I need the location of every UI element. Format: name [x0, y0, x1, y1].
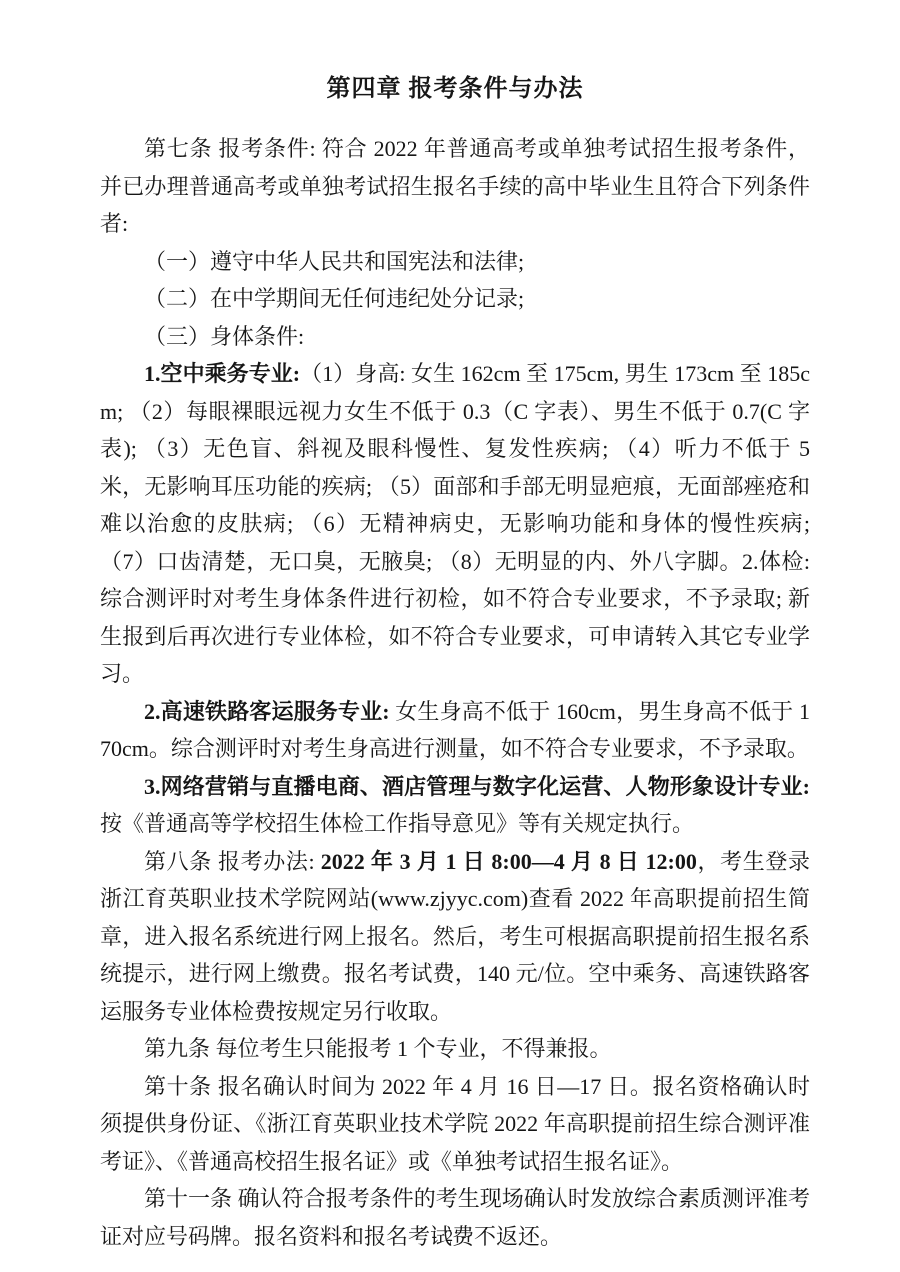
paragraph-article-9: 第九条 每位考生只能报考 1 个专业，不得兼报。	[100, 1030, 810, 1068]
paragraph-major-other: 3.网络营销与直播电商、酒店管理与数字化运营、人物形象设计专业:按《普通高等学校…	[100, 768, 810, 843]
paragraph-clause-3: （三）身体条件:	[100, 318, 810, 356]
paragraph-clause-1: （一）遵守中华人民共和国宪法和法律;	[100, 243, 810, 281]
text-run: 第八条 报考办法:	[144, 849, 321, 874]
bold-text-run: 1.空中乘务专业:	[144, 361, 300, 386]
paragraph-major-high-speed-rail: 2.高速铁路客运服务专业: 女生身高不低于 160cm，男生身高不低于 170c…	[100, 693, 810, 768]
text-run: 第七条 报考条件: 符合 2022 年普通高考或单独考试招生报考条件，并已办理普…	[100, 136, 810, 236]
text-run: 第九条 每位考生只能报考 1 个专业，不得兼报。	[144, 1036, 612, 1061]
text-run: （一）遵守中华人民共和国宪法和法律;	[144, 249, 524, 274]
bold-text-run: 2022 年 3 月 1 日 8:00—4 月 8 日 12:00	[321, 849, 697, 874]
text-run: （三）身体条件:	[144, 324, 304, 349]
paragraph-article-10: 第十条 报名确认时间为 2022 年 4 月 16 日—17 日。报名资格确认时…	[100, 1068, 810, 1181]
page-content: 第四章 报考条件与办法 第七条 报考条件: 符合 2022 年普通高考或单独考试…	[100, 72, 810, 1255]
text-run: ，考生登录浙江育英职业技术学院网站(www.zjyyc.com)查看 2022 …	[100, 849, 810, 1024]
paragraph-major-air-crew: 1.空中乘务专业:（1）身高: 女生 162cm 至 175cm, 男生 173…	[100, 355, 810, 693]
document-page: 第四章 报考条件与办法 第七条 报考条件: 符合 2022 年普通高考或单独考试…	[0, 0, 900, 1272]
text-run: 按《普通高等学校招生体检工作指导意见》等有关规定执行。	[100, 811, 694, 836]
paragraph-article-7: 第七条 报考条件: 符合 2022 年普通高考或单独考试招生报考条件，并已办理普…	[100, 130, 810, 243]
text-run: 第十条 报名确认时间为 2022 年 4 月 16 日—17 日。报名资格确认时…	[100, 1074, 810, 1174]
bold-text-run: 2.高速铁路客运服务专业:	[144, 699, 390, 724]
paragraph-article-8: 第八条 报考办法: 2022 年 3 月 1 日 8:00—4 月 8 日 12…	[100, 843, 810, 1031]
bold-text-run: 3.网络营销与直播电商、酒店管理与数字化运营、人物形象设计专业:	[144, 774, 810, 799]
chapter-title: 第四章 报考条件与办法	[100, 72, 810, 106]
text-run: （二）在中学期间无任何违纪处分记录;	[144, 286, 524, 311]
page-number: - 2 -	[0, 1228, 900, 1246]
paragraph-clause-2: （二）在中学期间无任何违纪处分记录;	[100, 280, 810, 318]
text-run: （1）身高: 女生 162cm 至 175cm, 男生 173cm 至 185c…	[100, 361, 810, 686]
